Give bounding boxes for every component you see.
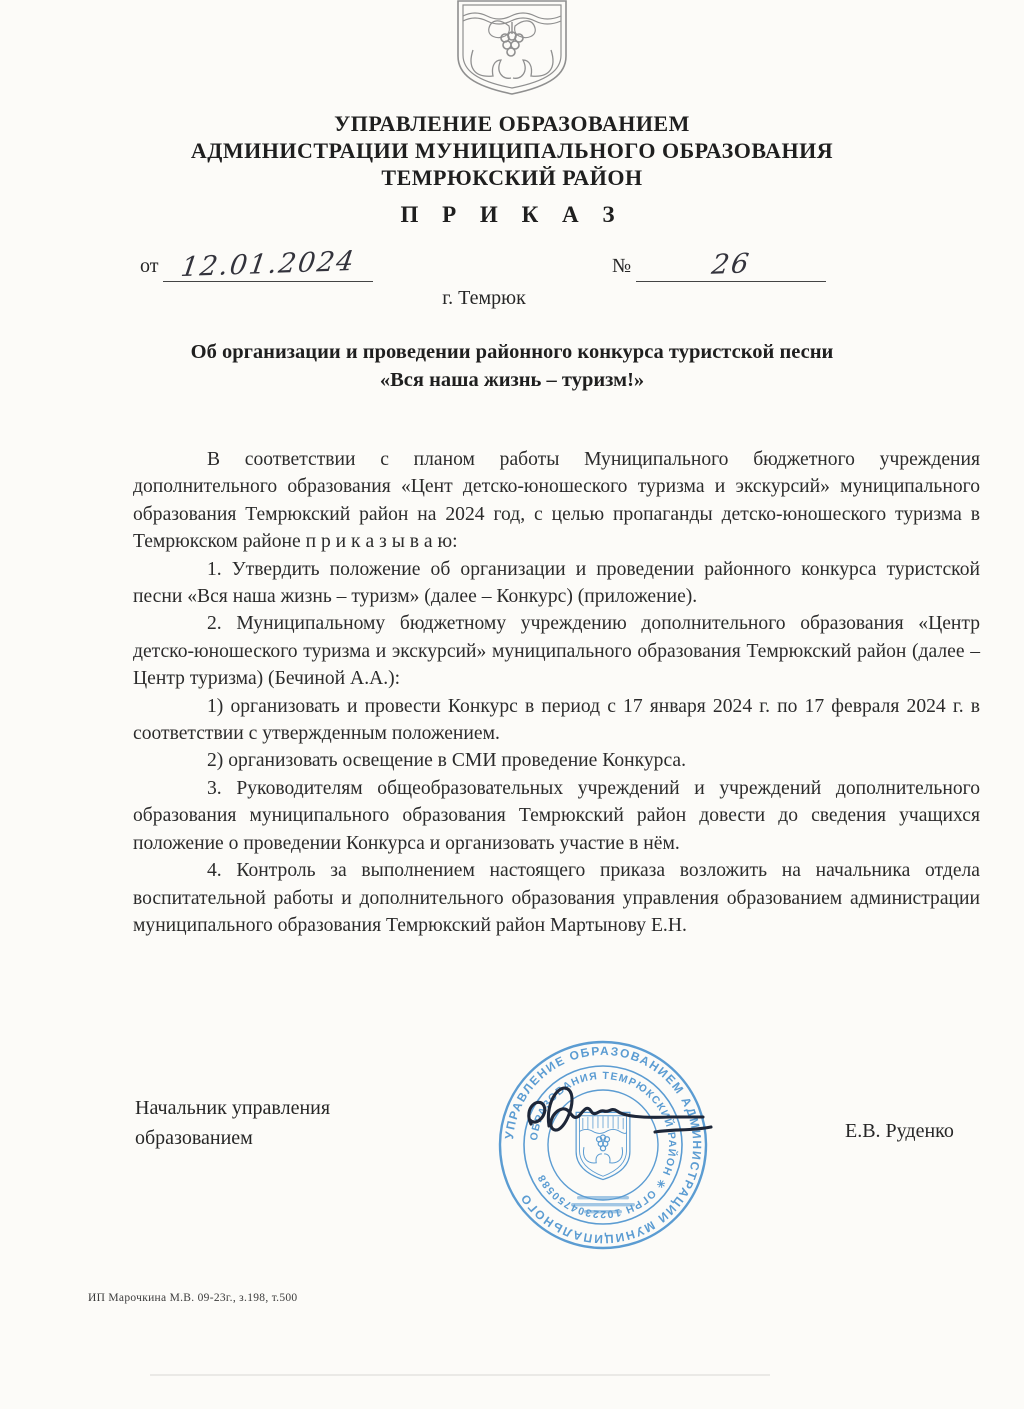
handwritten-signature <box>505 1076 735 1160</box>
printshop-imprint: ИП Марочкина М.В. 09-23г., з.198, т.500 <box>88 1292 297 1304</box>
scan-artifact-line <box>150 1374 770 1376</box>
order-paragraph-item2: 2. Муниципальному бюджетному учреждению … <box>133 610 980 692</box>
order-paragraph-item2-sub2: 2) организовать освещение в СМИ проведен… <box>133 747 980 774</box>
number-label: № <box>612 255 631 282</box>
coat-of-arms-icon <box>449 0 575 97</box>
signer-position-line2: образованием <box>135 1123 330 1153</box>
org-name-line2: АДМИНИСТРАЦИИ МУНИЦИПАЛЬНОГО ОБРАЗОВАНИЯ <box>0 137 1024 164</box>
order-paragraph-preamble: В соответствии с планом работы Муниципал… <box>133 446 980 556</box>
order-paragraph-item1: 1. Утвердить положение об организации и … <box>133 556 980 611</box>
organization-header: УПРАВЛЕНИЕ ОБРАЗОВАНИЕМ АДМИНИСТРАЦИИ МУ… <box>0 110 1024 191</box>
org-name-line1: УПРАВЛЕНИЕ ОБРАЗОВАНИЕМ <box>0 110 1024 137</box>
order-number-group: № 26 <box>612 250 826 282</box>
order-title-line1: Об организации и проведении районного ко… <box>0 338 1024 366</box>
handwritten-date: 12.01.2024 <box>179 246 358 283</box>
order-paragraph-item3: 3. Руководителям общеобразовательных учр… <box>133 775 980 857</box>
handwritten-number: 26 <box>710 248 753 281</box>
order-body: В соответствии с планом работы Муниципал… <box>133 446 980 939</box>
org-name-line3: ТЕМРЮКСКИЙ РАЙОН <box>0 164 1024 191</box>
scanned-order-document: УПРАВЛЕНИЕ ОБРАЗОВАНИЕМ АДМИНИСТРАЦИИ МУ… <box>0 0 1024 1409</box>
document-type-heading: П Р И К А З <box>0 202 1024 228</box>
signer-position: Начальник управления образованием <box>135 1093 330 1153</box>
city-line: г. Темрюк <box>0 287 996 310</box>
order-date-group: от 12.01.2024 <box>140 250 373 282</box>
order-title: Об организации и проведении районного ко… <box>0 338 1024 394</box>
order-title-line2: «Вся наша жизнь – туризм!» <box>0 366 1024 394</box>
signer-position-line1: Начальник управления <box>135 1093 330 1123</box>
date-underline: 12.01.2024 <box>163 250 373 282</box>
order-paragraph-item4: 4. Контроль за выполнением настоящего пр… <box>133 857 980 939</box>
date-label: от <box>140 255 158 282</box>
signer-name: Е.В. Руденко <box>845 1120 954 1143</box>
number-underline: 26 <box>636 250 826 282</box>
order-paragraph-item2-sub1: 1) организовать и провести Конкурс в пер… <box>133 693 980 748</box>
